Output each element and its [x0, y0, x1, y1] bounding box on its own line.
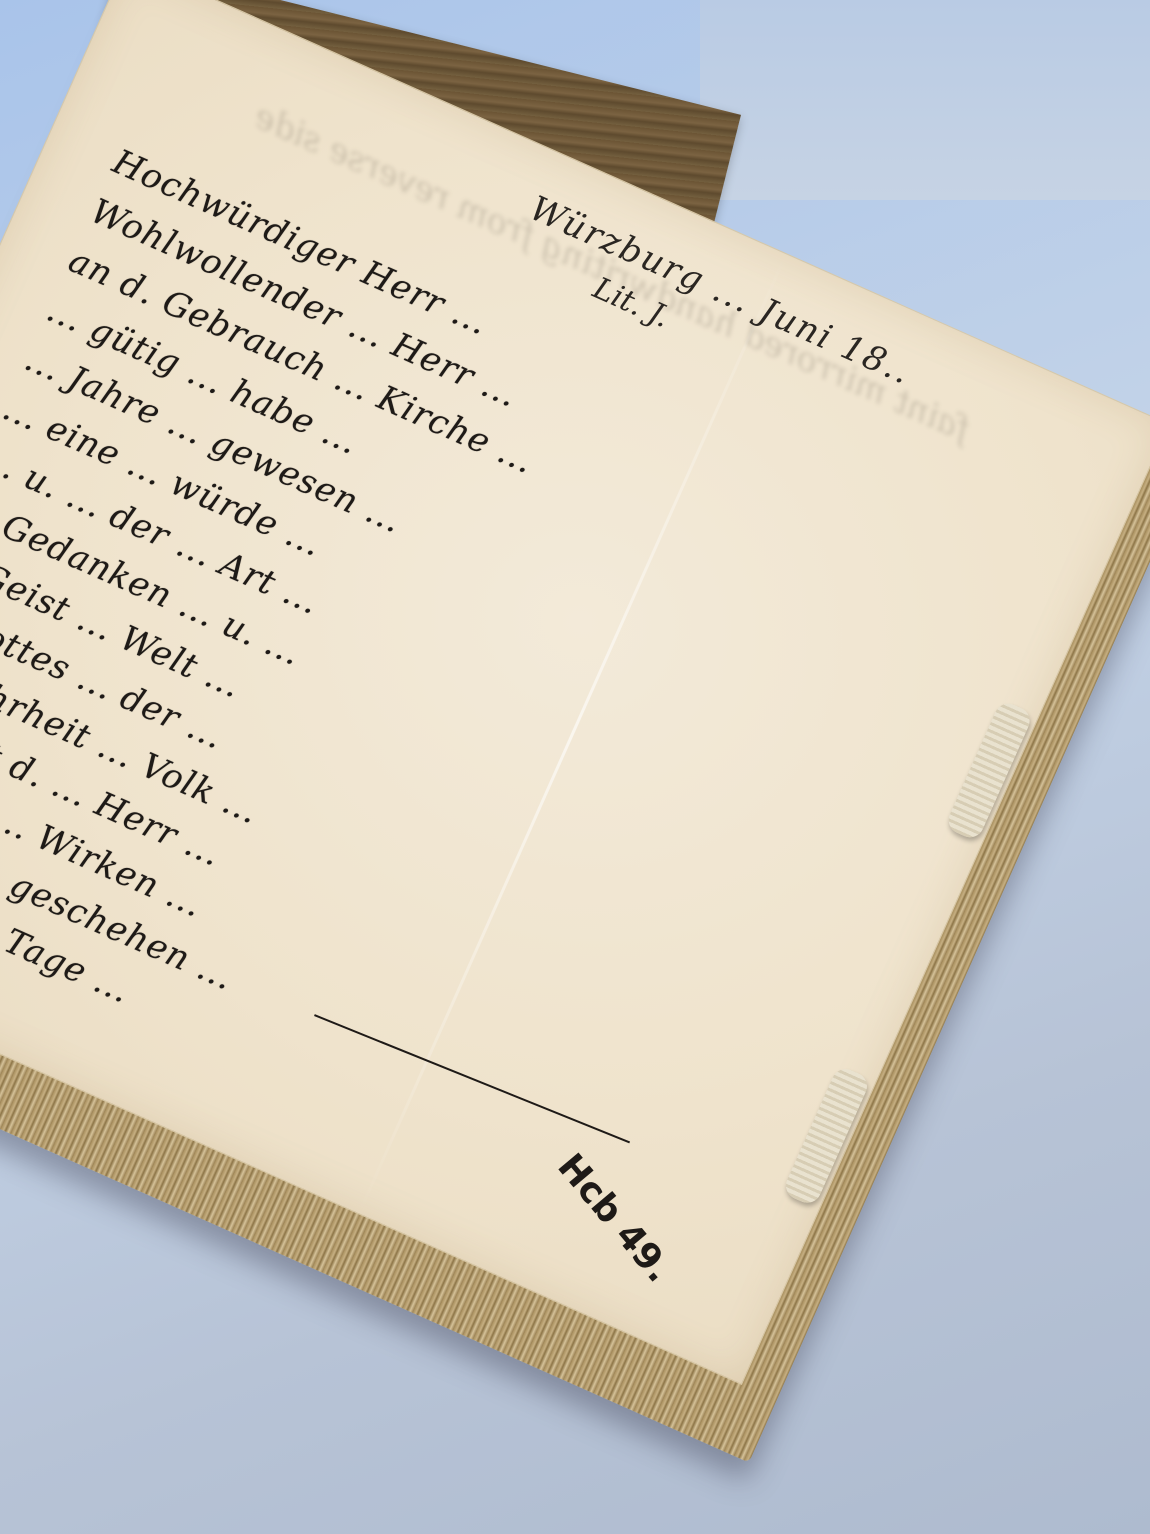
background-sheet	[700, 0, 1150, 200]
manuscript-volume: faint mirrored handwriting from reverse …	[0, 0, 1150, 1513]
